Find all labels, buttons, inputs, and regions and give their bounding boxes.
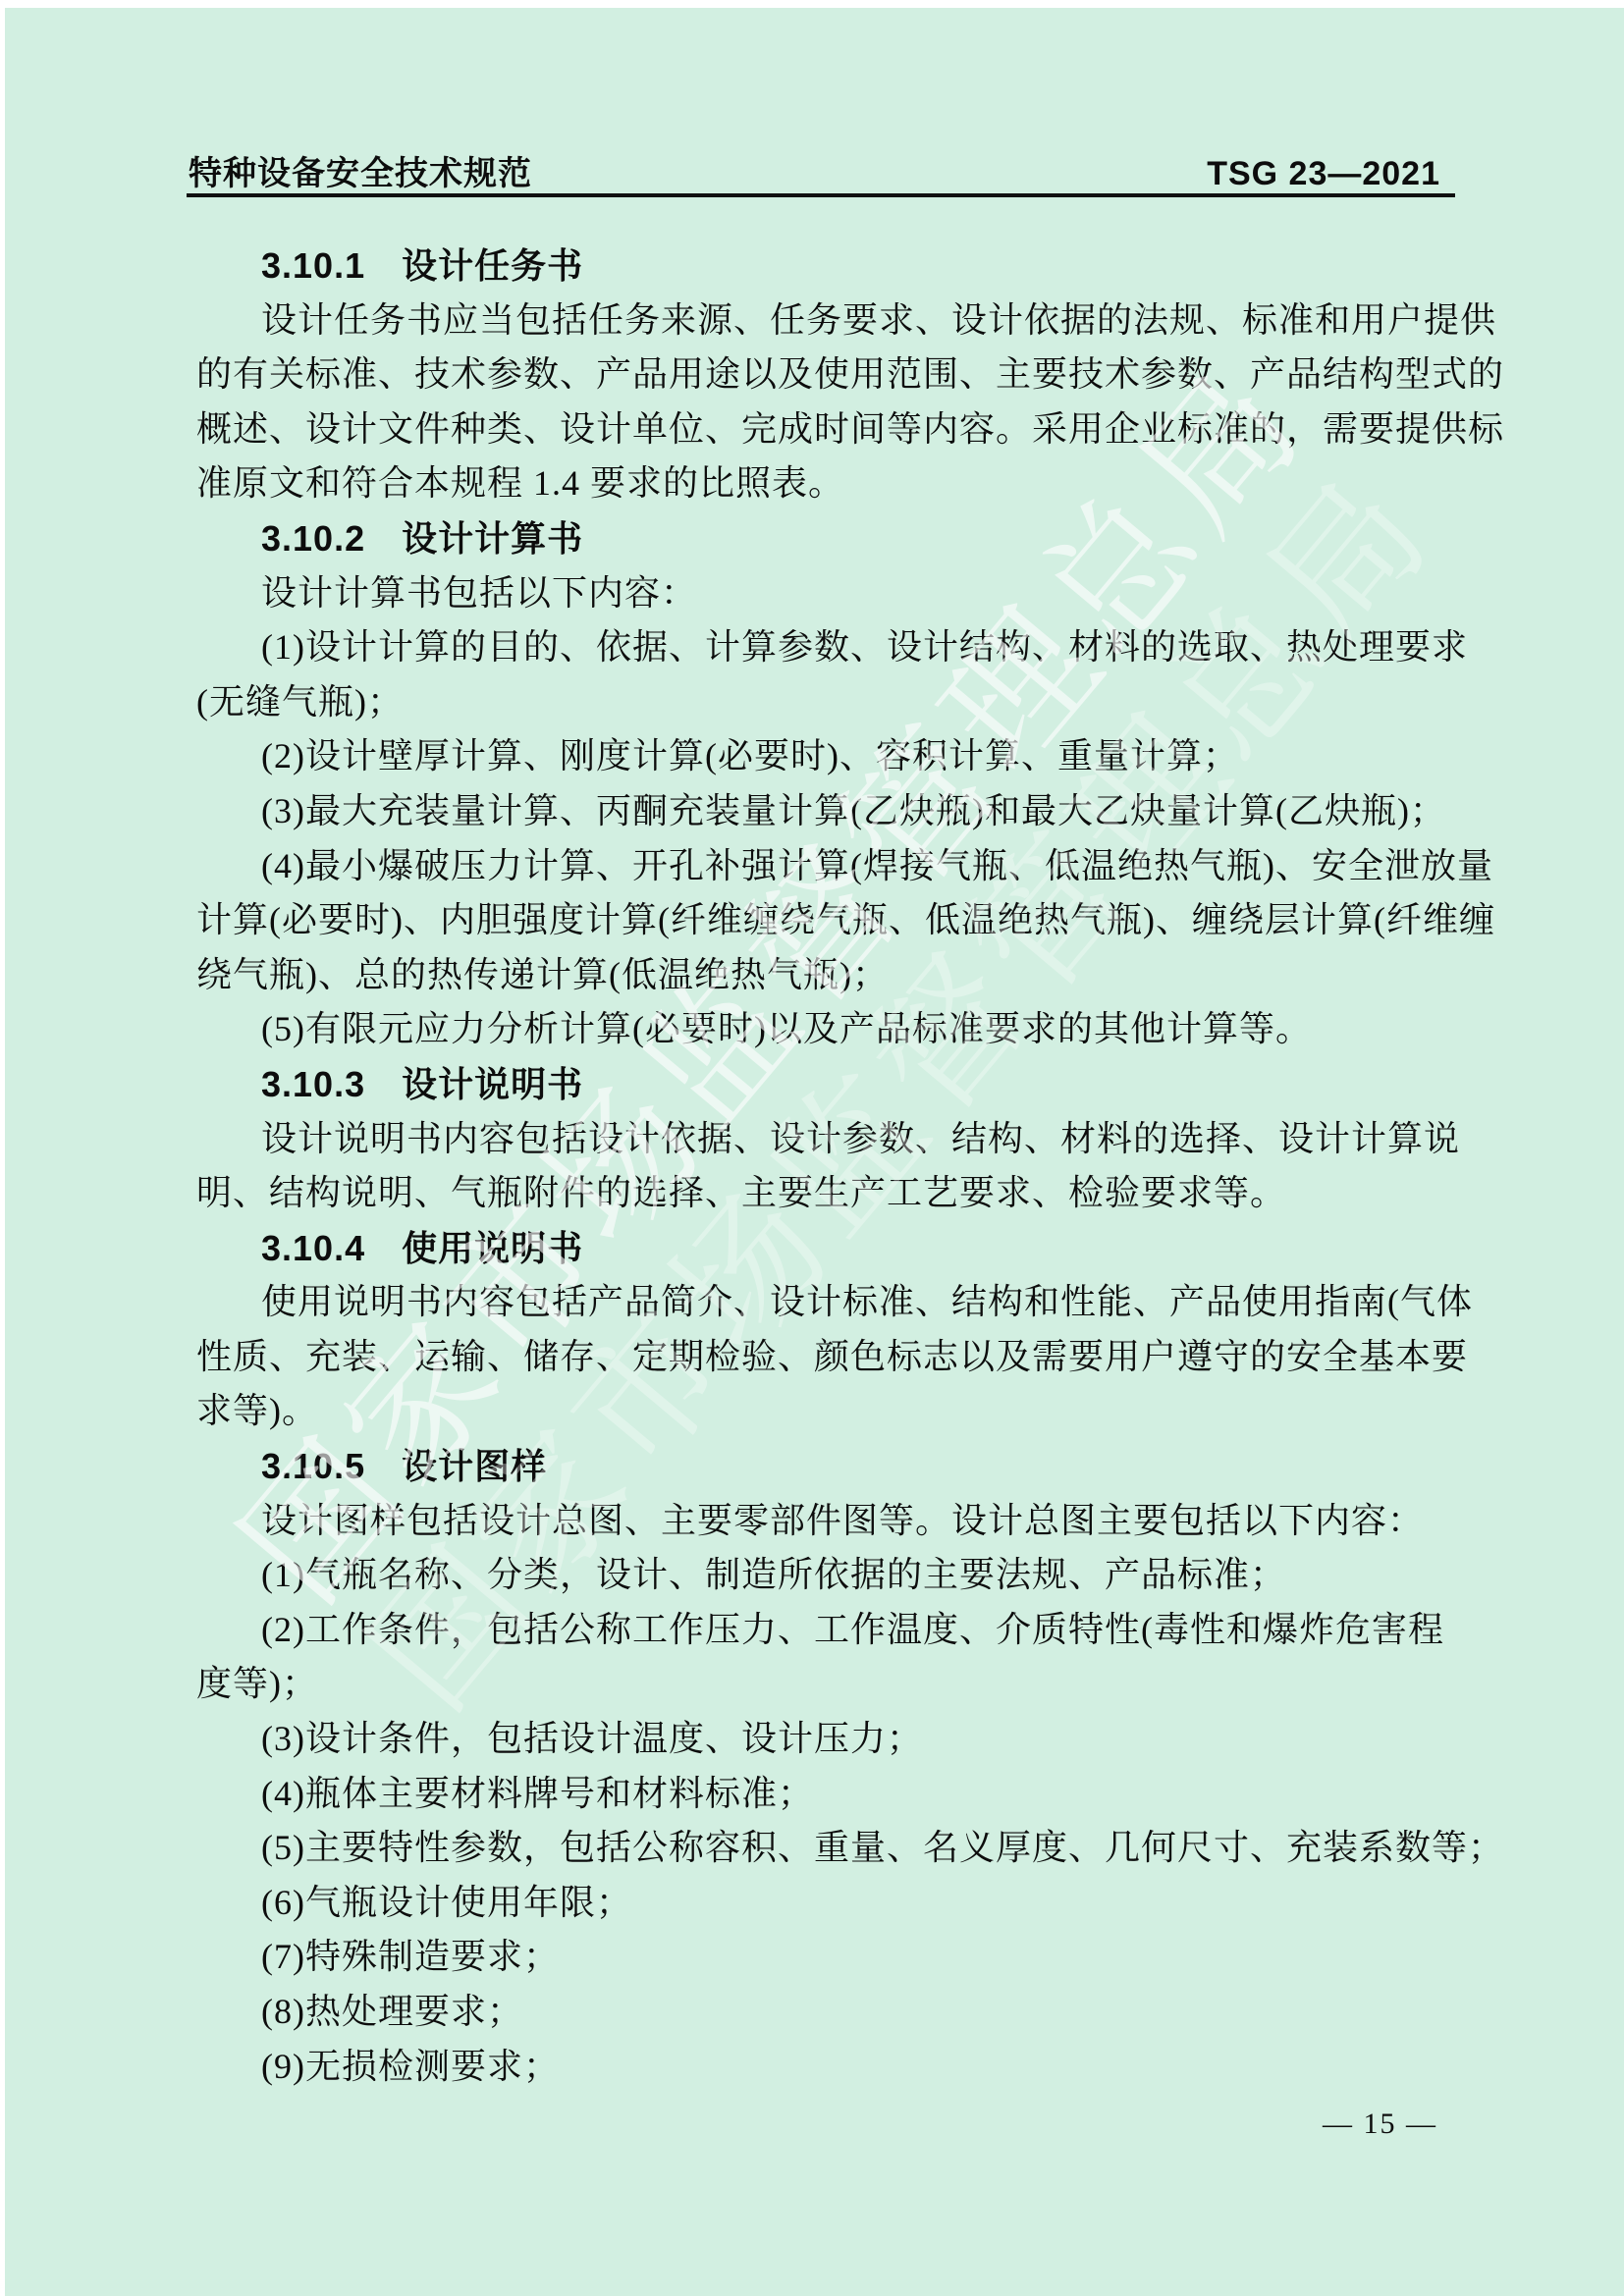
body-text-line: (无缝气瓶)； xyxy=(196,675,1443,730)
body-text-line: (7)特殊制造要求； xyxy=(196,1930,1443,1985)
section-heading: 3.10.5 设计图样 xyxy=(196,1439,1443,1494)
page-number: — 15 — xyxy=(1323,2107,1437,2142)
body-text-line: (1)气瓶名称、分类，设计、制造所依据的主要法规、产品标准； xyxy=(196,1548,1443,1603)
section-heading: 3.10.3 设计说明书 xyxy=(196,1057,1443,1112)
header-rule xyxy=(187,193,1455,197)
section-heading: 3.10.4 使用说明书 xyxy=(196,1221,1443,1276)
body-text-line: 概述、设计文件种类、设计单位、完成时间等内容。采用企业标准的，需要提供标 xyxy=(196,402,1443,457)
body-text-line: (5)有限元应力分析计算(必要时)以及产品标准要求的其他计算等。 xyxy=(196,1002,1443,1057)
body-text-line: 度等)； xyxy=(196,1657,1443,1712)
body-text-line: 准原文和符合本规程 1.4 要求的比照表。 xyxy=(196,456,1443,511)
scanned-document: { "page": { "background_color": "#d2efe1… xyxy=(0,0,1624,2296)
body-text-line: 设计任务书应当包括任务来源、任务要求、设计依据的法规、标准和用户提供 xyxy=(196,294,1443,348)
body-text-line: (6)气瓶设计使用年限； xyxy=(196,1876,1443,1931)
document-page: 特种设备安全技术规范 TSG 23—2021 3.10.1 设计任务书设计任务书… xyxy=(5,8,1624,2296)
body-text-line: 明、结构说明、气瓶附件的选择、主要生产工艺要求、检验要求等。 xyxy=(196,1166,1443,1221)
body-text-line: (2)工作条件，包括公称工作压力、工作温度、介质特性(毒性和爆炸危害程 xyxy=(196,1603,1443,1658)
body-text-line: (4)最小爆破压力计算、开孔补强计算(焊接气瓶、低温绝热气瓶)、安全泄放量 xyxy=(196,839,1443,894)
body-text-line: 设计说明书内容包括设计依据、设计参数、结构、材料的选择、设计计算说 xyxy=(196,1112,1443,1167)
body-text-line: 的有关标准、技术参数、产品用途以及使用范围、主要技术参数、产品结构型式的 xyxy=(196,347,1443,402)
body-text-line: 设计计算书包括以下内容： xyxy=(196,566,1443,621)
body-text-line: (5)主要特性参数，包括公称容积、重量、名义厚度、几何尺寸、充装系数等； xyxy=(196,1821,1443,1876)
body-text-line: 性质、充装、运输、储存、定期检验、颜色标志以及需要用户遵守的安全基本要 xyxy=(196,1330,1443,1385)
body-text-line: (3)最大充装量计算、丙酮充装量计算(乙炔瓶)和最大乙炔量计算(乙炔瓶)； xyxy=(196,784,1443,839)
body-text-line: 使用说明书内容包括产品简介、设计标准、结构和性能、产品使用指南(气体 xyxy=(196,1275,1443,1330)
body-text-line: 绕气瓶)、总的热传递计算(低温绝热气瓶)； xyxy=(196,948,1443,1003)
body-text-line: 计算(必要时)、内胆强度计算(纤维缠绕气瓶、低温绝热气瓶)、缠绕层计算(纤维缠 xyxy=(196,893,1443,948)
header-left-title: 特种设备安全技术规范 xyxy=(189,155,532,192)
body-text-line: 设计图样包括设计总图、主要零部件图等。设计总图主要包括以下内容： xyxy=(196,1494,1443,1549)
body-text-line: 求等)。 xyxy=(196,1384,1443,1439)
body-text-line: (1)设计计算的目的、依据、计算参数、设计结构、材料的选取、热处理要求 xyxy=(196,620,1443,675)
body-text-line: (8)热处理要求； xyxy=(196,1985,1443,2040)
body-text-block: 3.10.1 设计任务书设计任务书应当包括任务来源、任务要求、设计依据的法规、标… xyxy=(196,239,1443,2094)
section-heading: 3.10.2 设计计算书 xyxy=(196,511,1443,566)
body-text-line: (9)无损检测要求； xyxy=(196,2040,1443,2095)
header-right-doc-code: TSG 23—2021 xyxy=(1207,155,1440,192)
section-heading: 3.10.1 设计任务书 xyxy=(196,239,1443,294)
body-text-line: (2)设计壁厚计算、刚度计算(必要时)、容积计算、重量计算； xyxy=(196,729,1443,784)
body-text-line: (4)瓶体主要材料牌号和材料标准； xyxy=(196,1767,1443,1822)
body-text-line: (3)设计条件，包括设计温度、设计压力； xyxy=(196,1712,1443,1767)
